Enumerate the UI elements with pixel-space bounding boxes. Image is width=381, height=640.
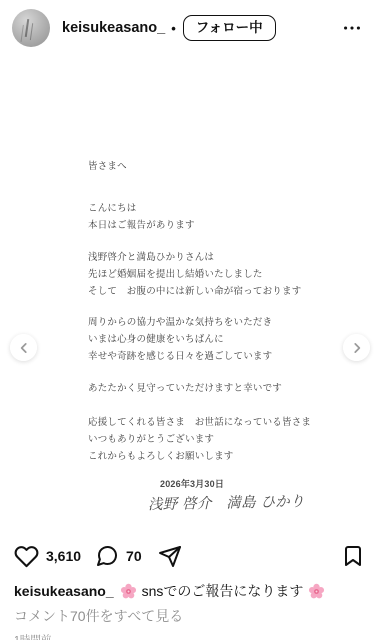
chevron-right-icon	[350, 341, 364, 355]
like-count[interactable]: 3,610	[46, 548, 81, 564]
letter-line: 本日はご報告があります	[88, 217, 328, 234]
caption-username[interactable]: keisukeasano_	[14, 581, 114, 601]
paper-plane-icon	[158, 544, 182, 568]
chevron-left-icon	[17, 341, 31, 355]
letter-line: 幸せや奇跡を感じる日々を過ごしています	[88, 348, 328, 365]
comment-count[interactable]: 70	[126, 548, 142, 564]
action-bar: 3,610 70	[0, 534, 381, 574]
letter-line: こんにちは	[88, 200, 328, 217]
more-options-button[interactable]	[337, 13, 367, 43]
bookmark-icon	[341, 544, 365, 568]
comment-bubble-icon	[95, 544, 119, 568]
letter-line: 応援してくれる皆さま お世話になっている皆さま	[88, 414, 328, 431]
cherry-blossom-icon	[120, 583, 137, 600]
post-header: keisukeasano_ • フォロー中	[0, 0, 381, 56]
comment-button[interactable]	[95, 544, 119, 568]
letter-line: 先ほど婚姻届を提出し結婚いたしました	[88, 266, 328, 283]
carousel-previous-button[interactable]	[10, 334, 37, 361]
post-timestamp: 1時間前	[0, 626, 381, 640]
following-button[interactable]: フォロー中	[183, 15, 276, 42]
carousel-next-button[interactable]	[343, 334, 370, 361]
header-separator-dot: •	[171, 21, 176, 36]
share-button[interactable]	[158, 544, 182, 568]
header-username[interactable]: keisukeasano_	[62, 20, 165, 36]
ellipsis-icon	[341, 17, 363, 39]
letter-image: 皆さまへ こんにちは 本日はご報告があります 浅野啓介と満島ひかりさんは 先ほど…	[88, 158, 328, 513]
letter-line: 浅野啓介と満島ひかりさんは	[88, 249, 328, 266]
letter-line: いつもありがとうございます	[88, 431, 328, 448]
letter-signature: 浅野 啓介 満島 ひかり	[88, 493, 328, 515]
letter-line: そして お腹の中には新しい命が宿っております	[88, 283, 328, 300]
letter-line: いまは心身の健康をいちばんに	[88, 331, 328, 348]
like-button[interactable]	[14, 544, 39, 569]
avatar[interactable]	[12, 9, 50, 47]
caption: keisukeasano_ snsでのご報告になります	[0, 574, 381, 601]
caption-text: snsでのご報告になります	[142, 581, 304, 601]
cherry-blossom-icon	[308, 583, 325, 600]
post-media: 皆さまへ こんにちは 本日はご報告があります 浅野啓介と満島ひかりさんは 先ほど…	[0, 56, 381, 534]
letter-line: あたたかく見守っていただけますと幸いです	[88, 380, 328, 397]
letter-line: 皆さまへ	[88, 158, 328, 175]
letter-line: 周りからの協力や温かな気持ちをいただき	[88, 314, 328, 331]
save-button[interactable]	[341, 544, 365, 568]
letter-line: これからもよろしくお願いします	[88, 448, 328, 465]
view-all-comments-link[interactable]: コメント70件をすべて見る	[0, 601, 381, 626]
heart-icon	[14, 544, 39, 569]
letter-date: 2026年3月30日	[88, 476, 328, 493]
